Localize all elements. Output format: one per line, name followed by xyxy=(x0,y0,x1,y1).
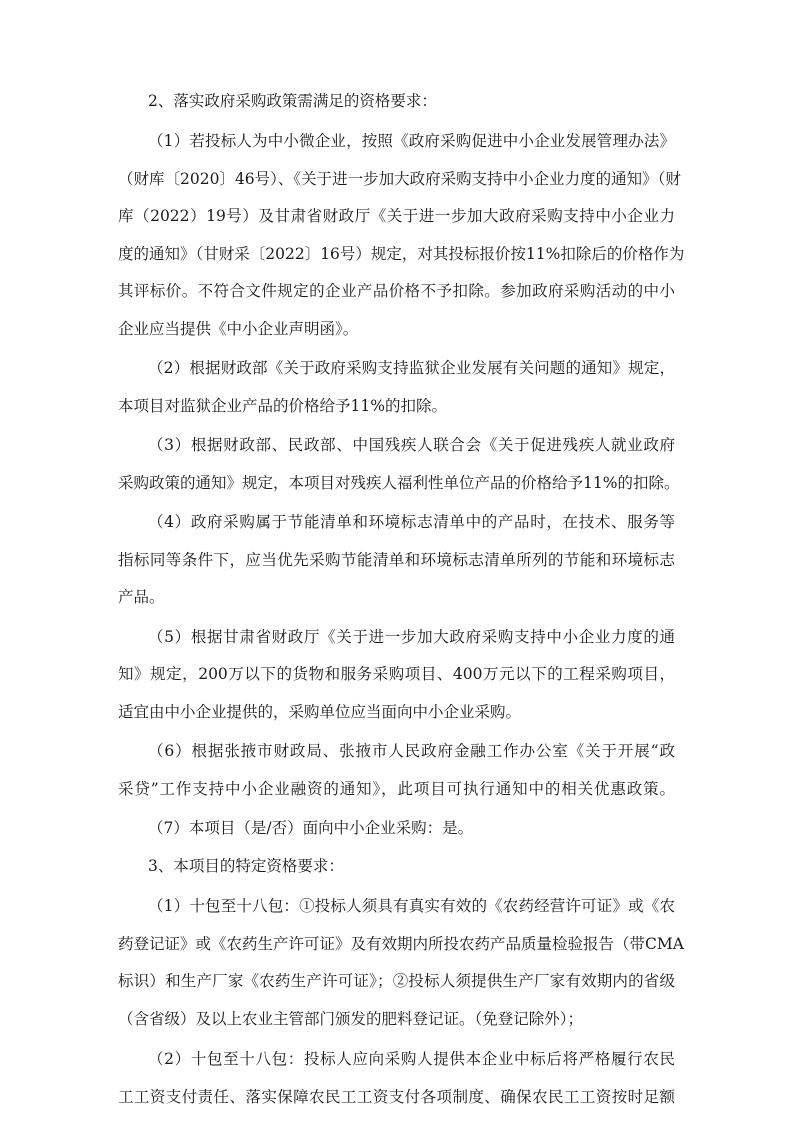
paragraph-line: （6）根据张掖市财政局、张掖市人民政府金融工作办公室《关于开展“政 xyxy=(148,741,675,761)
paragraph-line: 库（2022）19号）及甘肃省财政厅《关于进一步加大政府采购支持中小企业力 xyxy=(118,206,675,226)
paragraph-line: 其评标价。不符合文件规定的企业产品价格不予扣除。参加政府采购活动的中小 xyxy=(118,281,675,301)
paragraph-line: 工工资支付责任、落实保障农民工工资支付各项制度、确保农民工工资按时足额 xyxy=(118,1087,675,1107)
paragraph-line: 知》规定，200万以下的货物和服务采购项目、400万元以下的工程采购项目， xyxy=(118,664,675,684)
paragraph-line: （5）根据甘肃省财政厅《关于进一步加大政府采购支持中小企业力度的通 xyxy=(148,627,675,647)
paragraph-line: （2）十包至十八包：投标人应向采购人提供本企业中标后将严格履行农民 xyxy=(148,1049,675,1069)
paragraph-line: 指标同等条件下，应当优先采购节能清单和环境标志清单所列的节能和环境标志 xyxy=(118,550,675,570)
document-page: 2、落实政府采购政策需满足的资格要求： （1）若投标人为中小微企业，按照《政府采… xyxy=(0,0,793,1122)
paragraph-line: （1）若投标人为中小微企业，按照《政府采购促进中小企业发展管理办法》 xyxy=(148,131,675,151)
paragraph-line: 本项目对监狱企业产品的价格给予11%的扣除。 xyxy=(118,396,675,416)
paragraph-line: 药登记证》或《农药生产许可证》及有效期内所投农药产品质量检验报告（带CMA xyxy=(118,934,675,954)
paragraph-line: （2）根据财政部《关于政府采购支持监狱企业发展有关问题的通知》规定， xyxy=(148,358,675,378)
paragraph-line: 采贷”工作支持中小企业融资的通知》，此项目可执行通知中的相关优惠政策。 xyxy=(118,779,675,799)
paragraph-line: （3）根据财政部、民政部、中国残疾人联合会《关于促进残疾人就业政府 xyxy=(148,435,675,455)
section-heading-2: 2、落实政府采购政策需满足的资格要求： xyxy=(148,91,675,111)
paragraph-line: （7）本项目（是/否）面向中小企业采购：是。 xyxy=(148,818,675,838)
paragraph-line: （财库〔2020〕46号）、《关于进一步加大政府采购支持中小企业力度的通知》（财 xyxy=(118,169,675,189)
section-heading-3: 3、本项目的特定资格要求： xyxy=(148,856,675,876)
paragraph-line: （4）政府采购属于节能清单和环境标志清单中的产品时，在技术、服务等 xyxy=(148,512,675,532)
paragraph-line: 企业应当提供《中小企业声明函》。 xyxy=(118,319,675,339)
paragraph-line: 度的通知》（甘财采〔2022〕16号）规定，对其投标报价按11%扣除后的价格作为 xyxy=(118,244,675,264)
paragraph-line: 适宜由中小企业提供的，采购单位应当面向中小企业采购。 xyxy=(118,702,675,722)
paragraph-line: （含省级）及以上农业主管部门颁发的肥料登记证。（免登记除外）； xyxy=(118,1009,675,1029)
paragraph-line: 标识）和生产厂家《农药生产许可证》；②投标人须提供生产厂家有效期内的省级 xyxy=(118,971,675,991)
paragraph-line: 采购政策的通知》规定，本项目对残疾人福利性单位产品的价格给予11%的扣除。 xyxy=(118,473,675,493)
paragraph-line: （1）十包至十八包：①投标人须具有真实有效的《农药经营许可证》或《农 xyxy=(148,896,675,916)
paragraph-line: 产品。 xyxy=(118,587,675,607)
